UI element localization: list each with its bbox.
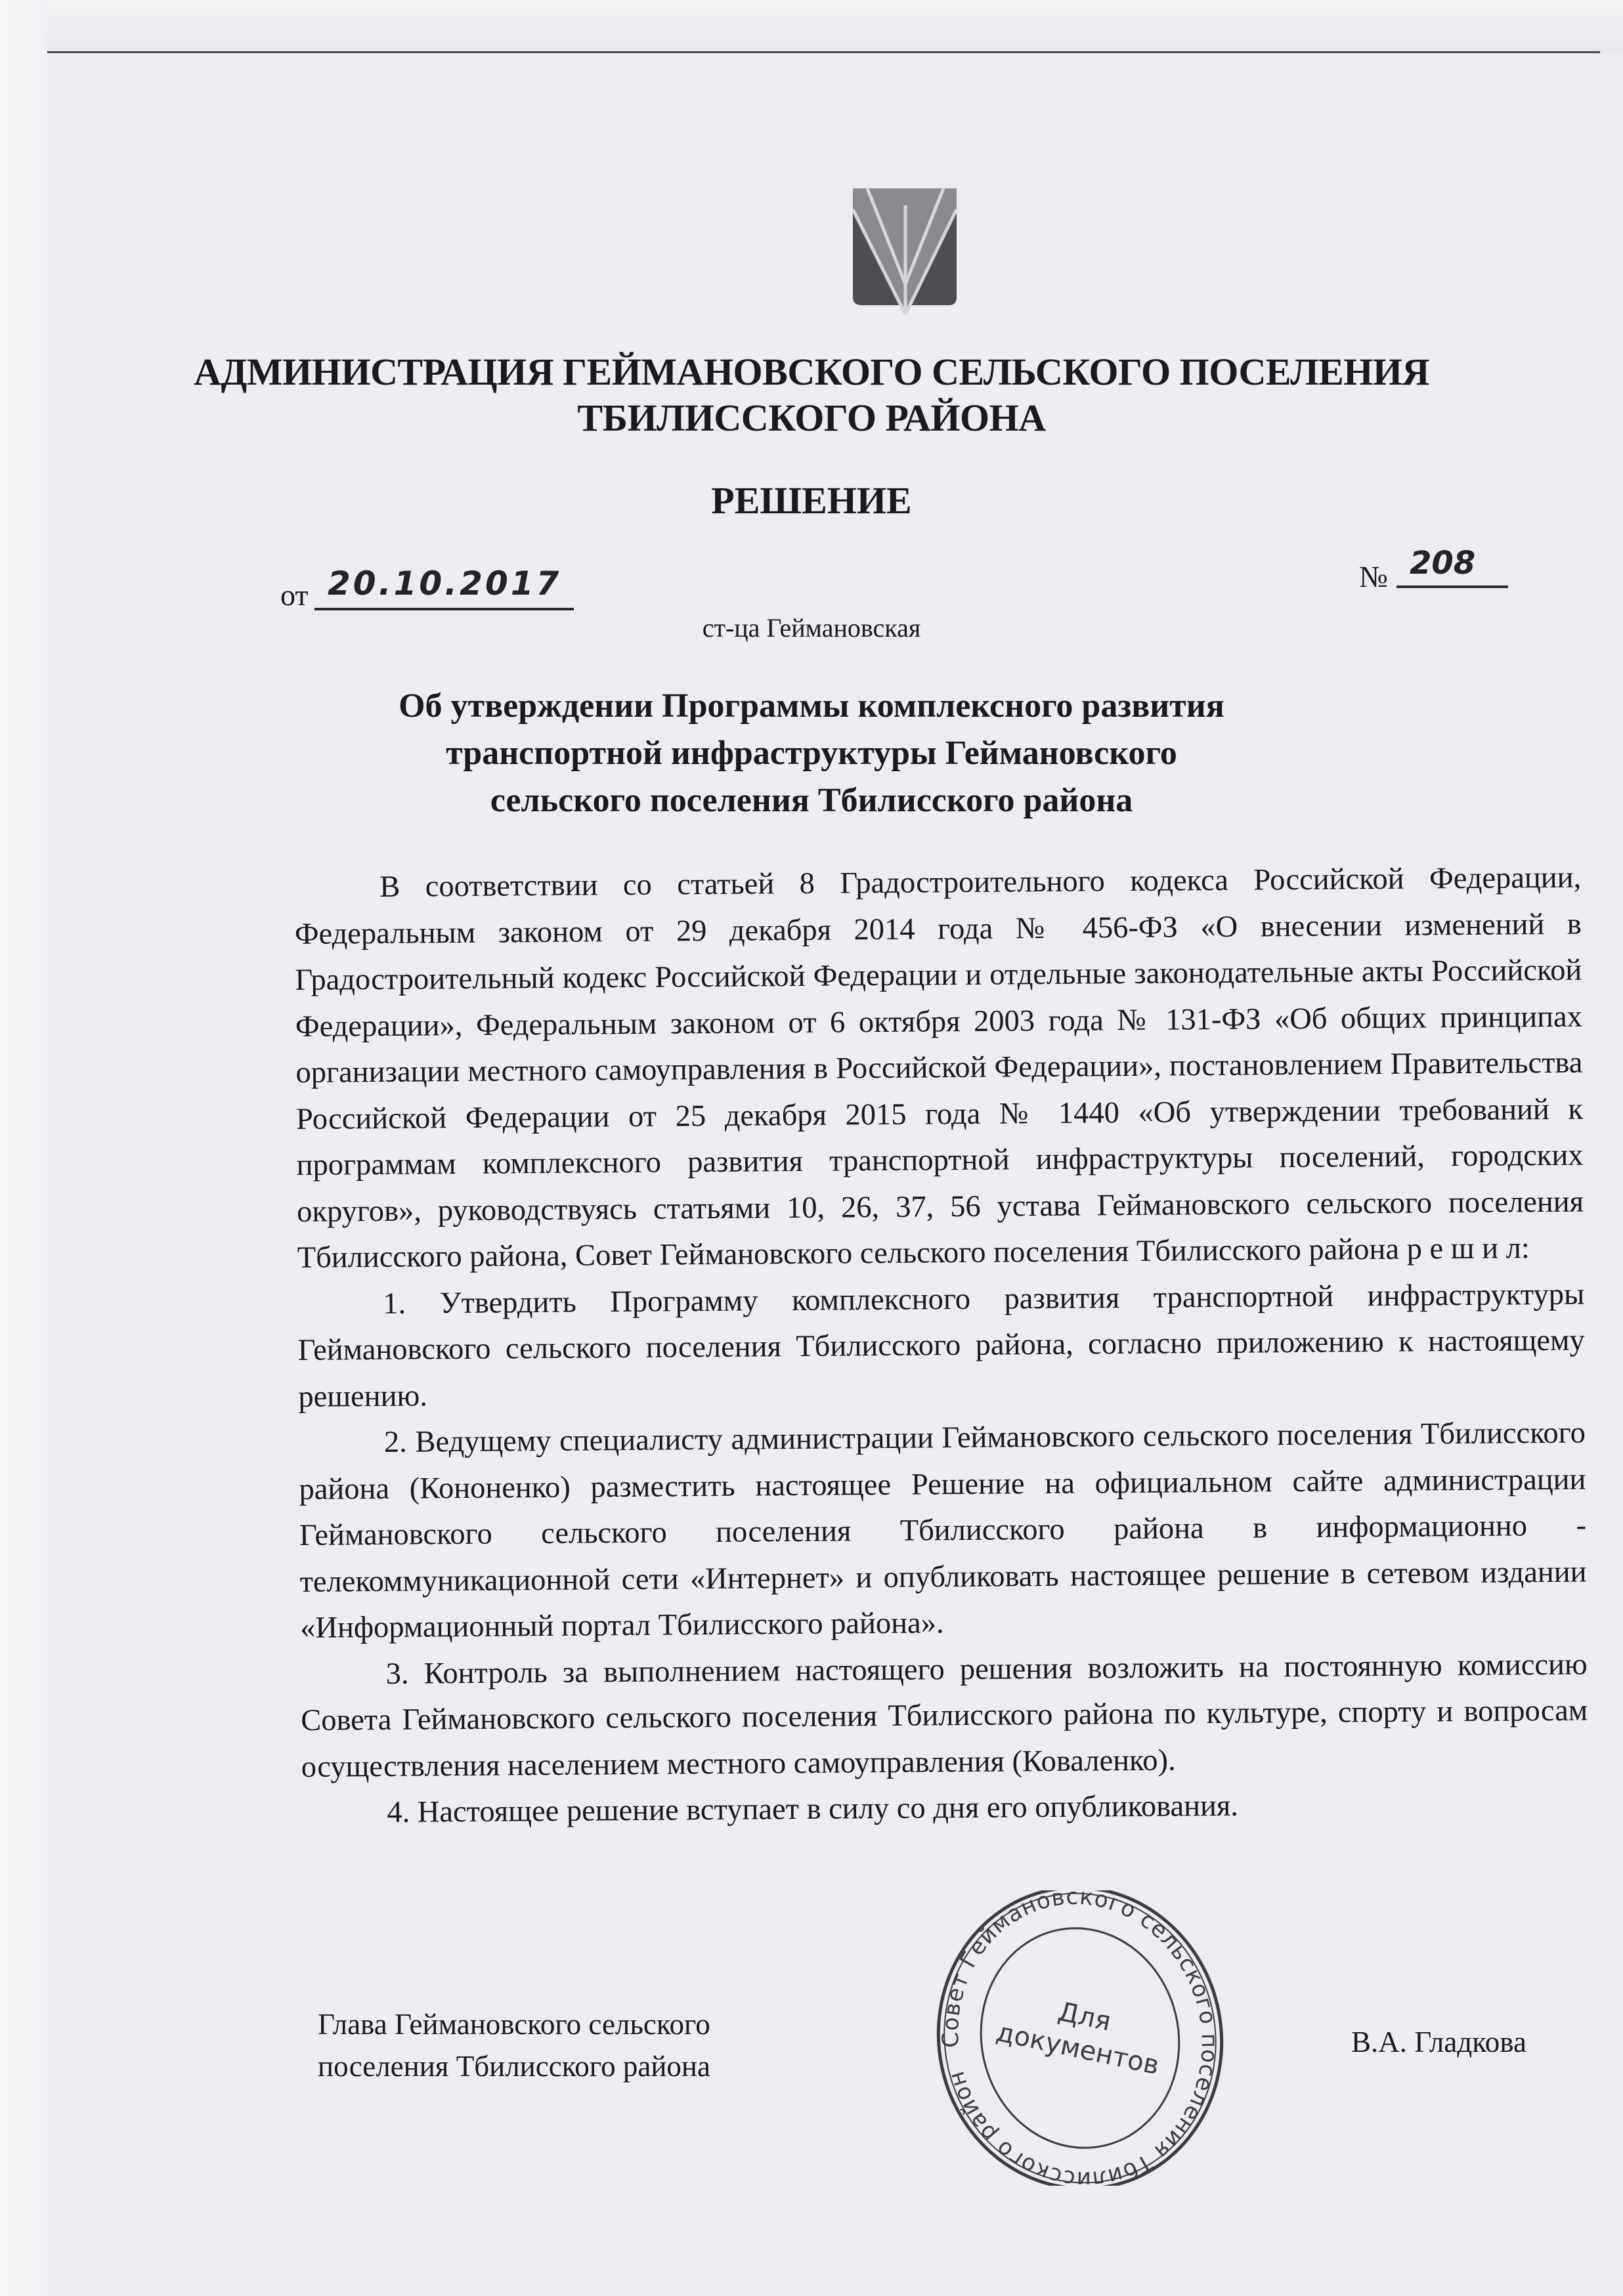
scan-margin-left bbox=[0, 0, 47, 2296]
subject-line-1: Об утверждении Программы комплексного ра… bbox=[0, 683, 1623, 730]
decision-item-1: 1. Утвердить Программу комплексного разв… bbox=[297, 1271, 1586, 1420]
number-label: № bbox=[1359, 559, 1388, 594]
signatory-position-line-2: поселения Тбилисского района bbox=[318, 2045, 710, 2087]
date-label: от bbox=[280, 578, 309, 612]
scan-margin-top bbox=[0, 0, 1623, 53]
decision-item-2: 2. Ведущему специалисту администрации Ге… bbox=[299, 1411, 1588, 1652]
decision-item-3: 3. Контроль за выполнением настоящего ре… bbox=[300, 1642, 1588, 1791]
coat-of-arms-emblem-icon bbox=[852, 186, 959, 317]
organization-heading: АДМИНИСТРАЦИЯ ГЕЙМАНОВСКОГО СЕЛЬСКОГО ПО… bbox=[0, 349, 1623, 441]
round-seal-stamp-icon: Совет Геймановского сельского поселения … bbox=[916, 1890, 1244, 2186]
subject-line-2: транспортной инфраструктуры Геймановског… bbox=[0, 730, 1623, 777]
subject-line-3: сельского поселения Тбилисского района bbox=[0, 777, 1623, 824]
number-handwritten-value: 208 bbox=[1396, 545, 1508, 588]
organization-line-2: ТБИЛИССКОГО РАЙОНА bbox=[0, 395, 1623, 441]
signatory-position: Глава Геймановского сельского поселения … bbox=[318, 2003, 710, 2087]
subject-heading: Об утверждении Программы комплексного ра… bbox=[0, 683, 1623, 824]
organization-line-1: АДМИНИСТРАЦИЯ ГЕЙМАНОВСКОГО СЕЛЬСКОГО ПО… bbox=[0, 349, 1623, 395]
signatory-name: В.А. Гладкова bbox=[1351, 2025, 1526, 2059]
date-handwritten-value: 20.10.2017 bbox=[314, 564, 574, 610]
document-body: В соответствии со статьей 8 Градостроите… bbox=[294, 855, 1589, 1837]
preamble-paragraph: В соответствии со статьей 8 Градостроите… bbox=[294, 855, 1584, 1282]
place-line: ст-ца Геймановская bbox=[0, 612, 1623, 643]
document-type-heading: РЕШЕНИЕ bbox=[0, 478, 1623, 524]
signatory-position-line-1: Глава Геймановского сельского bbox=[318, 2003, 710, 2045]
